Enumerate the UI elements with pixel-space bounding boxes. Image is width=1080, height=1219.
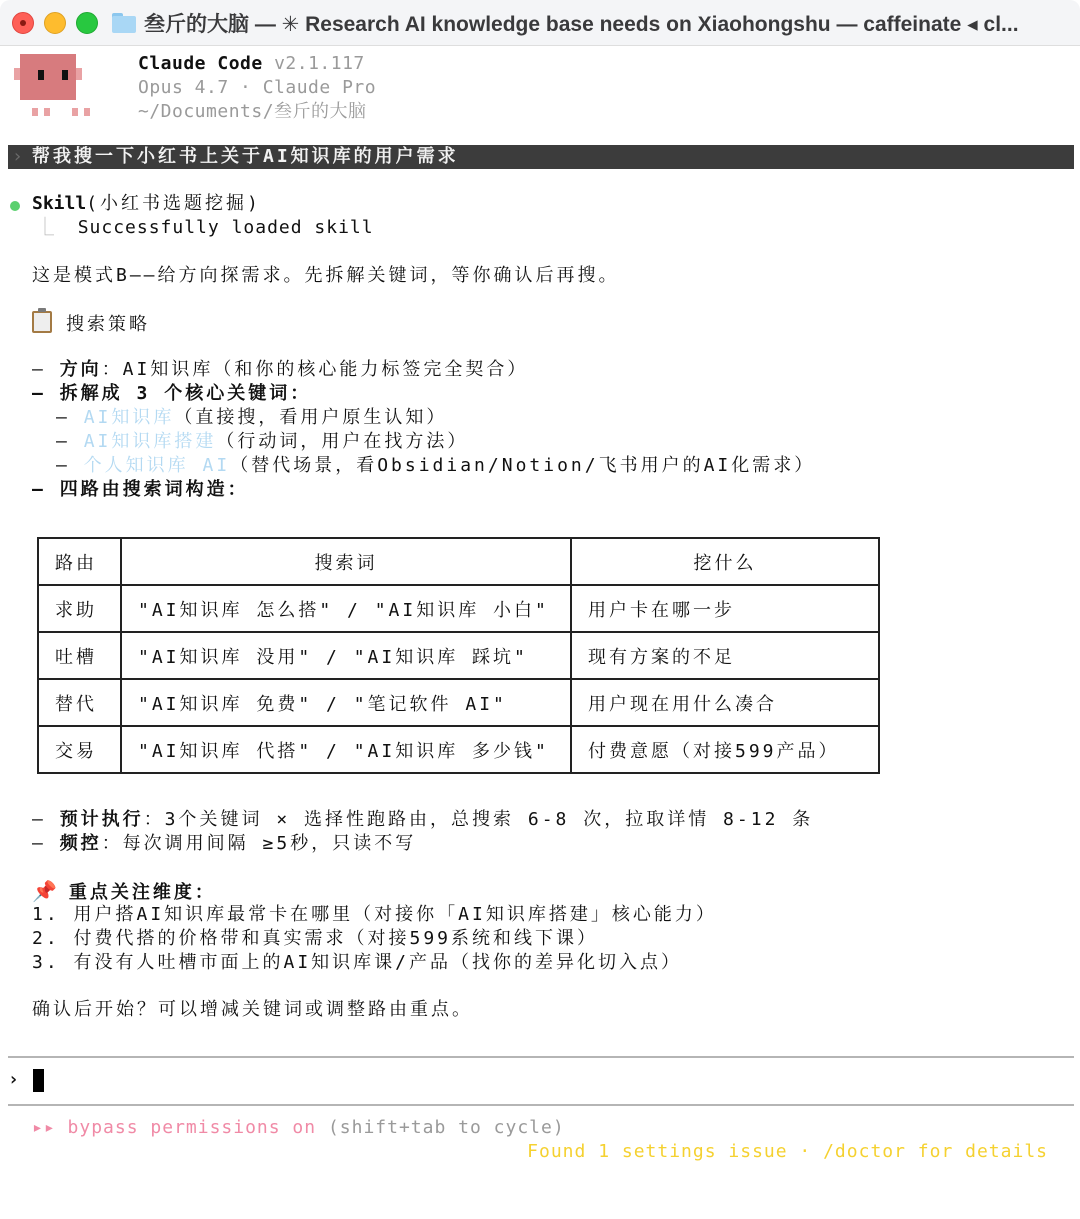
table-cell: 现有方案的不足 [571, 632, 879, 679]
rate-label: 频控 [60, 833, 102, 854]
keyword-item: – AI知识库（直接搜，看用户原生认知） [56, 406, 447, 430]
minimize-button[interactable] [44, 12, 66, 34]
table-cell: 付费意愿（对接599产品） [571, 726, 879, 773]
table-cell: 用户卡在哪一步 [571, 585, 879, 632]
routes-label-text: 四路由搜索词构造： [60, 479, 249, 500]
window-title: 叁斤的大脑 — ✳ Research AI knowledge base nee… [144, 8, 1019, 38]
settings-warning: Found 1 settings issue · /doctor for det… [527, 1140, 1048, 1164]
prompt-chevron-icon: › [8, 1068, 19, 1092]
keyword-item: – 个人知识库 AI（替代场景，看Obsidian/Notion/飞书用户的AI… [56, 454, 815, 478]
skill-result: ⎿ Successfully loaded skill [36, 216, 374, 240]
keyword-note: （行动词，用户在找方法） [216, 431, 468, 452]
skill-arg: (小红书选题挖掘) [86, 193, 261, 214]
plan-value: ：3个关键词 × 选择性跑路由，总搜索 6-8 次，拉取详情 8-12 条 [144, 809, 814, 830]
routes-label: – 四路由搜索词构造： [32, 478, 249, 502]
table-cell: "AI知识库 没用" / "AI知识库 踩坑" [121, 632, 571, 679]
table-row: 求助 "AI知识库 怎么搭" / "AI知识库 小白" 用户卡在哪一步 [38, 585, 879, 632]
table-row: 交易 "AI知识库 代搭" / "AI知识库 多少钱" 付费意愿（对接599产品… [38, 726, 879, 773]
plan-item: – 预计执行：3个关键词 × 选择性跑路由，总搜索 6-8 次，拉取详情 8-1… [32, 808, 813, 832]
skill-name: Skill [32, 193, 86, 214]
table-cell: 求助 [38, 585, 121, 632]
tree-branch-icon: ⎿ [36, 217, 54, 238]
keyword-link[interactable]: AI知识库 [84, 407, 175, 428]
direction-item: – 方向：AI知识库（和你的核心能力标签完全契合） [32, 358, 528, 382]
keyword-link[interactable]: AI知识库搭建 [84, 431, 217, 452]
rate-value: ：每次调用间隔 ≥5秒，只读不写 [102, 833, 417, 854]
clipboard-icon [32, 311, 52, 333]
prompt-input[interactable]: › [8, 1068, 44, 1092]
table-header: 搜索词 [121, 538, 571, 585]
fast-forward-icon: ▸▸ [32, 1117, 56, 1138]
terminal-window: 叁斤的大脑 — ✳ Research AI knowledge base nee… [0, 0, 1080, 1219]
header-info: Claude Code v2.1.117 Opus 4.7 · Claude P… [138, 52, 376, 124]
zoom-button[interactable] [76, 12, 98, 34]
skill-call: Skill(小红书选题挖掘) [32, 192, 261, 216]
status-dot-icon [10, 201, 20, 211]
table-cell: "AI知识库 代搭" / "AI知识库 多少钱" [121, 726, 571, 773]
title-bar: 叁斤的大脑 — ✳ Research AI knowledge base nee… [0, 0, 1080, 46]
table-cell: 替代 [38, 679, 121, 726]
closing-question: 确认后开始？可以增减关键词或调整路由重点。 [32, 998, 473, 1022]
keywords-label-text: 拆解成 3 个核心关键词： [60, 383, 312, 404]
table-cell: 用户现在用什么凑合 [571, 679, 879, 726]
focus-item: 2. 付费代搭的价格带和真实需求（对接599系统和线下课） [32, 927, 598, 951]
terminal-content: Claude Code v2.1.117 Opus 4.7 · Claude P… [0, 46, 1080, 136]
window-controls [12, 12, 98, 34]
permission-mode-text: bypass permissions on [68, 1117, 317, 1138]
text-cursor [33, 1069, 44, 1092]
chevron-right-icon: › [12, 145, 23, 169]
strategy-heading: 搜索策略 [32, 311, 150, 337]
table-cell: 交易 [38, 726, 121, 773]
input-bottom-divider [8, 1104, 1074, 1106]
table-row: 替代 "AI知识库 免费" / "笔记软件 AI" 用户现在用什么凑合 [38, 679, 879, 726]
rate-item: – 频控：每次调用间隔 ≥5秒，只读不写 [32, 832, 416, 856]
skill-result-text: Successfully loaded skill [78, 217, 374, 238]
focus-item: 1. 用户搭AI知识库最常卡在哪里（对接你「AI知识库搭建」核心能力） [32, 903, 717, 927]
model-line: Opus 4.7 · Claude Pro [138, 76, 376, 100]
direction-value: ：AI知识库（和你的核心能力标签完全契合） [102, 359, 529, 380]
close-button[interactable] [12, 12, 34, 34]
keyword-item: – AI知识库搭建（行动词，用户在找方法） [56, 430, 468, 454]
keyword-note: （直接搜，看用户原生认知） [174, 407, 447, 428]
plan-label: 预计执行 [60, 809, 144, 830]
permission-mode[interactable]: ▸▸ bypass permissions on (shift+tab to c… [32, 1116, 565, 1140]
claude-header: Claude Code v2.1.117 Opus 4.7 · Claude P… [0, 46, 1080, 136]
table-cell: 吐槽 [38, 632, 121, 679]
focus-item: 3. 有没有人吐槽市面上的AI知识库课/产品（找你的差异化切入点） [32, 951, 682, 975]
keyword-note: （替代场景，看Obsidian/Notion/飞书用户的AI化需求） [230, 455, 815, 476]
response-intro: 这是模式B——给方向探需求。先拆解关键词，等你确认后再搜。 [32, 264, 620, 288]
user-prompt: › 帮我搜一下小红书上关于AI知识库的用户需求 [8, 145, 1074, 169]
permission-mode-hint: (shift+tab to cycle) [328, 1117, 565, 1138]
table-row: 吐槽 "AI知识库 没用" / "AI知识库 踩坑" 现有方案的不足 [38, 632, 879, 679]
routes-table: 路由 搜索词 挖什么 求助 "AI知识库 怎么搭" / "AI知识库 小白" 用… [37, 537, 880, 774]
focus-heading-text: 重点关注维度： [69, 882, 216, 903]
working-directory: ~/Documents/叁斤的大脑 [138, 100, 376, 124]
table-header: 路由 [38, 538, 121, 585]
pushpin-icon: 📌 [32, 879, 57, 903]
user-prompt-text: 帮我搜一下小红书上关于AI知识库的用户需求 [32, 146, 459, 167]
folder-icon [112, 13, 136, 33]
app-version: v2.1.117 [274, 53, 365, 74]
table-header-row: 路由 搜索词 挖什么 [38, 538, 879, 585]
table-header: 挖什么 [571, 538, 879, 585]
keyword-link[interactable]: 个人知识库 AI [84, 455, 231, 476]
table-cell: "AI知识库 怎么搭" / "AI知识库 小白" [121, 585, 571, 632]
app-name: Claude Code [138, 53, 263, 74]
table-cell: "AI知识库 免费" / "笔记软件 AI" [121, 679, 571, 726]
strategy-heading-text: 搜索策略 [66, 314, 150, 335]
keywords-label: – 拆解成 3 个核心关键词： [32, 382, 311, 406]
input-top-divider [8, 1056, 1074, 1058]
direction-label: 方向 [60, 359, 102, 380]
focus-heading: 📌重点关注维度： [32, 879, 216, 905]
mascot-icon [14, 54, 104, 114]
